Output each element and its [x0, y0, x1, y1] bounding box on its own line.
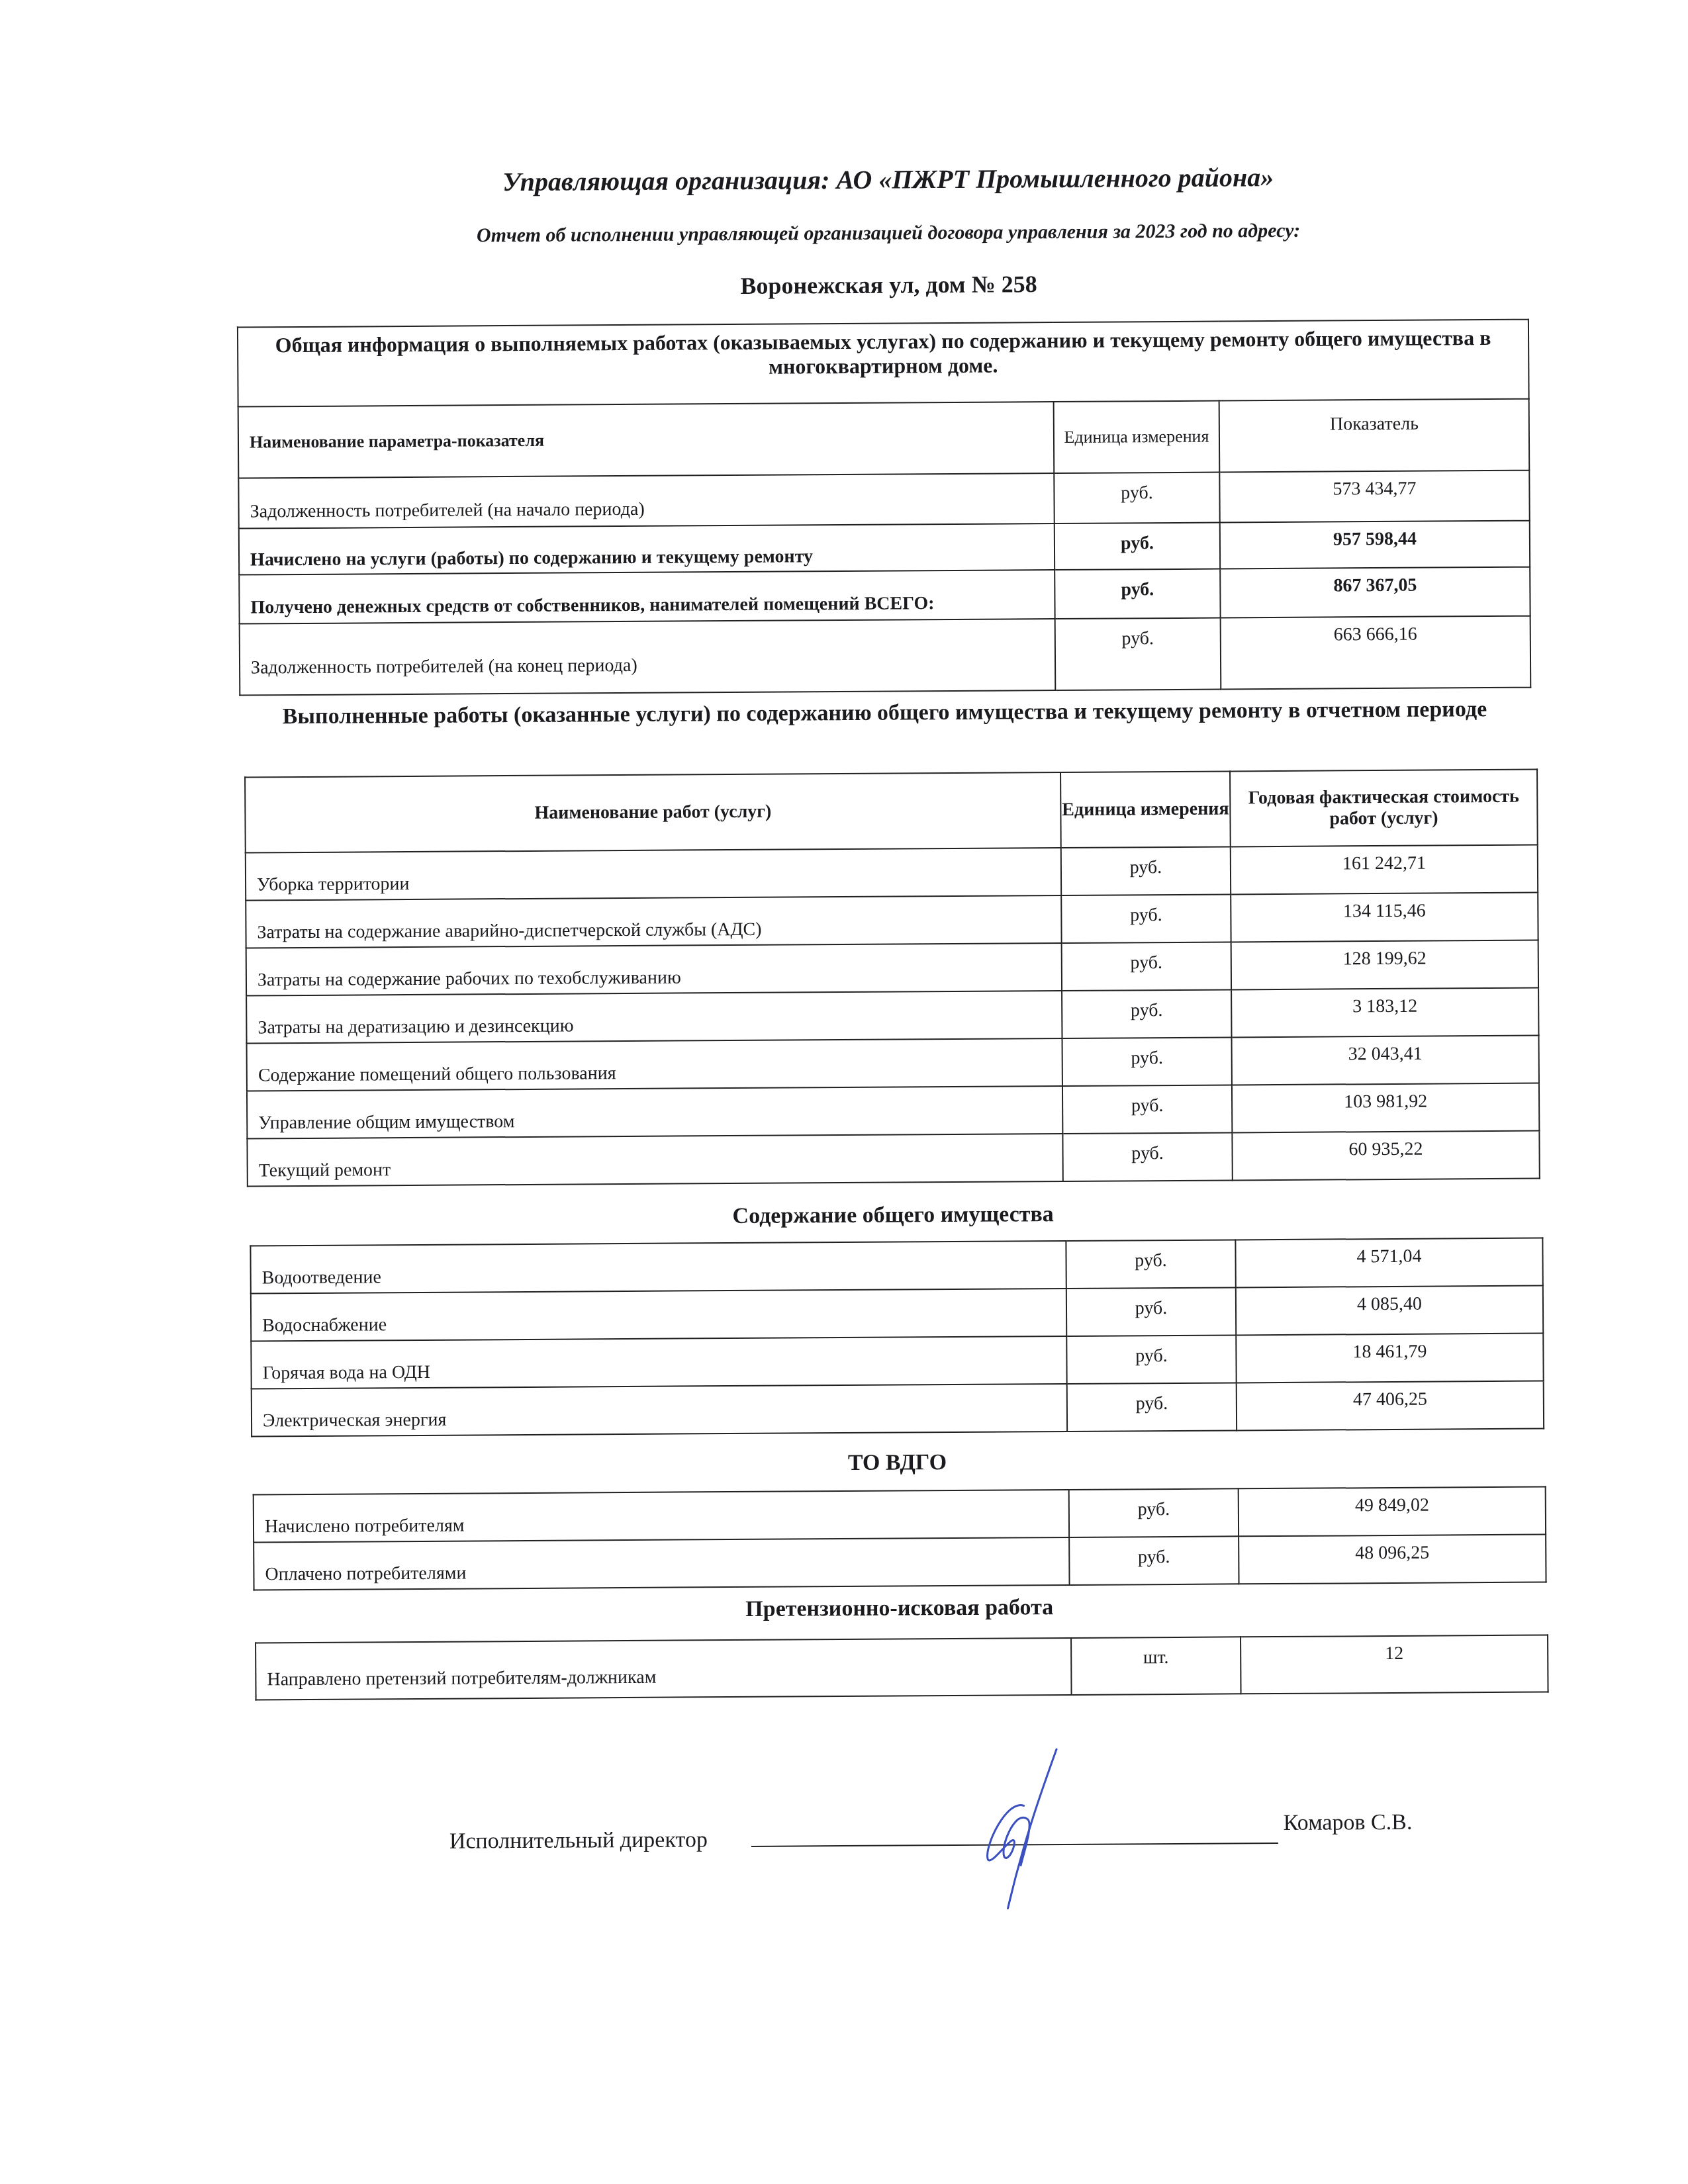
- table-row: Оплачено потребителямируб.48 096,25: [254, 1535, 1546, 1590]
- signature-mark-icon: [944, 1746, 1104, 1912]
- signatory-position: Исполнительный директор: [449, 1827, 708, 1854]
- signatory-name: Комаров С.В.: [1284, 1810, 1413, 1836]
- col-work-name: Наименование работ (услуг): [245, 772, 1061, 853]
- row-label: Управление общим имуществом: [247, 1086, 1062, 1139]
- row-label: Оплачено потребителями: [254, 1537, 1069, 1590]
- general-info-table: Общая информация о выполняемых работах (…: [237, 319, 1531, 696]
- table-row: Электрическая энергияруб.47 406,25: [252, 1381, 1544, 1437]
- row-value: 161 242,71: [1231, 845, 1538, 895]
- row-value: 103 981,92: [1232, 1083, 1539, 1133]
- row-value: 3 183,12: [1231, 988, 1538, 1038]
- row-unit: руб.: [1066, 1240, 1235, 1289]
- table-row: Затраты на содержание рабочих по техобсл…: [246, 940, 1538, 996]
- table-row: Задолженность потребителей (на начало пе…: [238, 471, 1529, 529]
- row-label: Уборка территории: [246, 848, 1061, 901]
- row-unit: руб.: [1055, 523, 1220, 570]
- row-unit: руб.: [1062, 989, 1231, 1038]
- table-row: Начислено на услуги (работы) по содержан…: [239, 521, 1530, 575]
- row-unit: руб.: [1061, 846, 1231, 895]
- row-value: 47 406,25: [1237, 1381, 1544, 1431]
- col-indicator: Показатель: [1219, 399, 1530, 473]
- row-unit: руб.: [1062, 942, 1231, 991]
- row-value: 663 666,16: [1221, 616, 1531, 690]
- works-table: Наименование работ (услуг) Единица измер…: [244, 769, 1540, 1187]
- row-unit: руб.: [1069, 1488, 1239, 1537]
- row-value: 60 935,22: [1232, 1131, 1539, 1181]
- row-value: 4 085,40: [1236, 1286, 1543, 1336]
- vdgo-title: ТО ВДГО: [251, 1447, 1543, 1480]
- row-unit: руб.: [1066, 1335, 1236, 1384]
- row-value: 49 849,02: [1239, 1487, 1546, 1537]
- table-row: Текущий ремонтруб.60 935,22: [247, 1131, 1539, 1187]
- row-label: Водоснабжение: [251, 1289, 1066, 1342]
- table-row: Затраты на дератизацию и дезинсекциюруб.…: [246, 988, 1538, 1044]
- table-row: Получено денежных средств от собственник…: [239, 567, 1530, 624]
- table-row: Затраты на содержание аварийно-диспетчер…: [246, 893, 1538, 948]
- row-label: Задолженность потребителей (на начало пе…: [238, 473, 1054, 529]
- address-title: Воронежская ул, дом № 258: [0, 265, 1688, 304]
- row-unit: шт.: [1071, 1637, 1241, 1695]
- claims-title: Претензионно-исковая работа: [254, 1592, 1546, 1625]
- table-row: Уборка территориируб.161 242,71: [246, 845, 1538, 901]
- table-row: Горячая вода на ОДНруб.18 461,79: [251, 1334, 1543, 1389]
- row-label: Горячая вода на ОДН: [251, 1336, 1066, 1389]
- row-value: 18 461,79: [1236, 1334, 1543, 1383]
- organization-title: Управляющая организация: АО «ПЖРТ Промыш…: [0, 158, 1688, 200]
- row-label: Получено денежных средств от собственник…: [239, 570, 1055, 624]
- row-unit: руб.: [1062, 1037, 1232, 1086]
- row-label: Затраты на содержание аварийно-диспетчер…: [246, 895, 1061, 948]
- row-unit: руб.: [1055, 569, 1220, 619]
- row-value: 4 571,04: [1235, 1238, 1542, 1288]
- claims-table: Направлено претензий потребителям-должни…: [255, 1635, 1549, 1701]
- table-row: Водоотведениеруб.4 571,04: [250, 1238, 1542, 1294]
- table-row: Содержание помещений общего пользованияр…: [247, 1036, 1539, 1091]
- report-title: Отчет об исполнении управляющей организа…: [0, 216, 1688, 250]
- table-row: Задолженность потребителей (на конец пер…: [240, 616, 1531, 696]
- col-work-unit: Единица измерения: [1060, 771, 1231, 848]
- col-unit: Единица измерения: [1054, 401, 1220, 474]
- row-value: 12: [1241, 1635, 1548, 1694]
- col-parameter-name: Наименование параметра-показателя: [238, 402, 1055, 478]
- common-property-title: Содержание общего имущества: [247, 1199, 1539, 1232]
- vdgo-table: Начислено потребителямруб.49 849,02Оплач…: [253, 1486, 1547, 1591]
- row-label: Затраты на дератизацию и дезинсекцию: [246, 991, 1062, 1044]
- row-label: Текущий ремонт: [247, 1134, 1062, 1187]
- row-value: 957 598,44: [1220, 521, 1530, 569]
- row-value: 48 096,25: [1239, 1535, 1546, 1584]
- row-unit: руб.: [1062, 1132, 1232, 1181]
- row-label: Содержание помещений общего пользования: [247, 1038, 1062, 1091]
- common-property-table: Водоотведениеруб.4 571,04Водоснабжениеру…: [250, 1238, 1544, 1437]
- works-section-title: Выполненные работы (оказанные услуги) по…: [239, 692, 1530, 735]
- row-unit: руб.: [1062, 1085, 1232, 1134]
- row-label: Задолженность потребителей (на конец пер…: [240, 619, 1056, 696]
- table-row: Начислено потребителямруб.49 849,02: [254, 1487, 1546, 1543]
- table-row: Направлено претензий потребителям-должни…: [256, 1635, 1548, 1700]
- table-row: Управление общим имуществомруб.103 981,9…: [247, 1083, 1539, 1139]
- row-unit: руб.: [1055, 618, 1221, 691]
- row-value: 32 043,41: [1232, 1036, 1539, 1085]
- col-work-cost: Годовая фактическая стоимость работ (усл…: [1230, 770, 1538, 847]
- row-value: 867 367,05: [1220, 567, 1530, 618]
- row-label: Водоотведение: [250, 1241, 1066, 1294]
- row-value: 573 434,77: [1219, 471, 1529, 523]
- row-label: Начислено потребителям: [254, 1490, 1069, 1543]
- row-label: Направлено претензий потребителям-должни…: [256, 1638, 1072, 1700]
- row-unit: руб.: [1061, 894, 1231, 943]
- row-label: Начислено на услуги (работы) по содержан…: [239, 523, 1055, 575]
- row-unit: руб.: [1067, 1383, 1237, 1432]
- row-unit: руб.: [1066, 1287, 1236, 1336]
- row-value: 134 115,46: [1231, 893, 1538, 942]
- general-info-title: Общая информация о выполняемых работах (…: [238, 320, 1529, 407]
- row-value: 128 199,62: [1231, 940, 1538, 990]
- row-label: Электрическая энергия: [252, 1384, 1067, 1437]
- row-unit: руб.: [1069, 1536, 1239, 1585]
- table-row: Водоснабжениеруб.4 085,40: [251, 1286, 1543, 1342]
- document-page: Управляющая организация: АО «ПЖРТ Промыш…: [0, 0, 1688, 2184]
- row-unit: руб.: [1054, 473, 1219, 524]
- row-label: Затраты на содержание рабочих по техобсл…: [246, 943, 1062, 996]
